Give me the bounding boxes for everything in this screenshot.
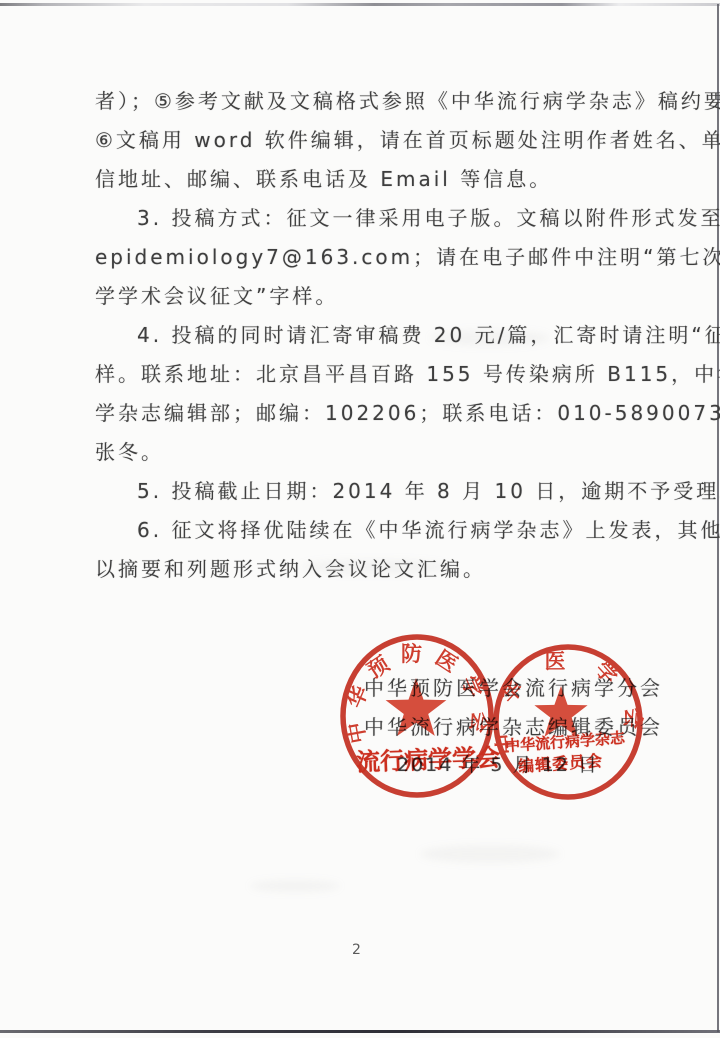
scanned-page: 者）；⑤参考文献及文稿格式参照《中华流行病学杂志》稿约要求； ⑥文稿用 word… [0,0,720,1038]
official-stamps: 中华预防医学会 中华医学会 流行病学学会 中华流行病学杂志 编辑委员会 [0,0,720,1038]
stamp-graphics: 中华预防医学会 中华医学会 [0,0,720,1038]
left-stamp-bottom-text: 流行病学学会 [355,737,500,777]
page-number: 2 [352,942,361,958]
star-icon [386,678,447,736]
right-stamp: 中华医学会 [490,647,645,797]
